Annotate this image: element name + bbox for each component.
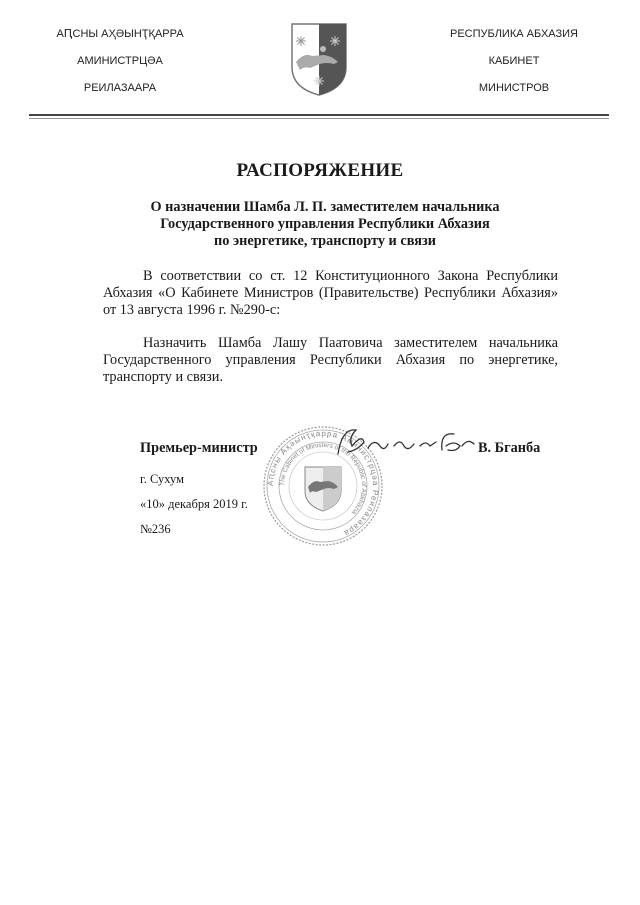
- document-title: РАСПОРЯЖЕНИЕ: [0, 160, 640, 182]
- subject-line-3: по энергетике, транспорту и связи: [100, 233, 550, 250]
- paragraph-appointment: Назначить Шамба Лашу Паатовича заместите…: [103, 335, 558, 386]
- header-divider-thick: [29, 114, 609, 116]
- document-subject: О назначении Шамба Л. П. заместителем на…: [100, 199, 550, 250]
- subject-line-2: Государственного управления Республики А…: [100, 216, 550, 233]
- coat-of-arms-icon: [290, 22, 348, 97]
- header-left-line-3: РЕИЛАЗААРА: [20, 80, 220, 107]
- header-right-line-3: МИНИСТРОВ: [414, 80, 614, 107]
- issue-date: «10» декабря 2019 г.: [140, 497, 248, 512]
- signatory-name: В. Бганба: [478, 440, 540, 457]
- subject-line-1: О назначении Шамба Л. П. заместителем на…: [100, 199, 550, 216]
- document-number: №236: [140, 522, 171, 537]
- header-left-line-1: АԤСНЫ АҲӘЫНҬҚАРРА: [20, 26, 220, 53]
- header-right-line-2: КАБИНЕТ: [414, 53, 614, 80]
- handwritten-signature-icon: [328, 424, 478, 464]
- issue-city: г. Сухум: [140, 472, 184, 487]
- header-right-line-1: РЕСПУБЛИКА АБХАЗИЯ: [414, 26, 614, 53]
- paragraph-legal-basis: В соответствии со ст. 12 Конституционног…: [103, 268, 558, 319]
- header-right-block: РЕСПУБЛИКА АБХАЗИЯ КАБИНЕТ МИНИСТРОВ: [414, 26, 614, 107]
- header-divider-thin: [29, 118, 609, 119]
- header-left-block: АԤСНЫ АҲӘЫНҬҚАРРА АМИНИСТРЦӘА РЕИЛАЗААРА: [20, 26, 220, 107]
- signatory-role: Премьер-министр: [140, 440, 258, 457]
- header-left-line-2: АМИНИСТРЦӘА: [20, 53, 220, 80]
